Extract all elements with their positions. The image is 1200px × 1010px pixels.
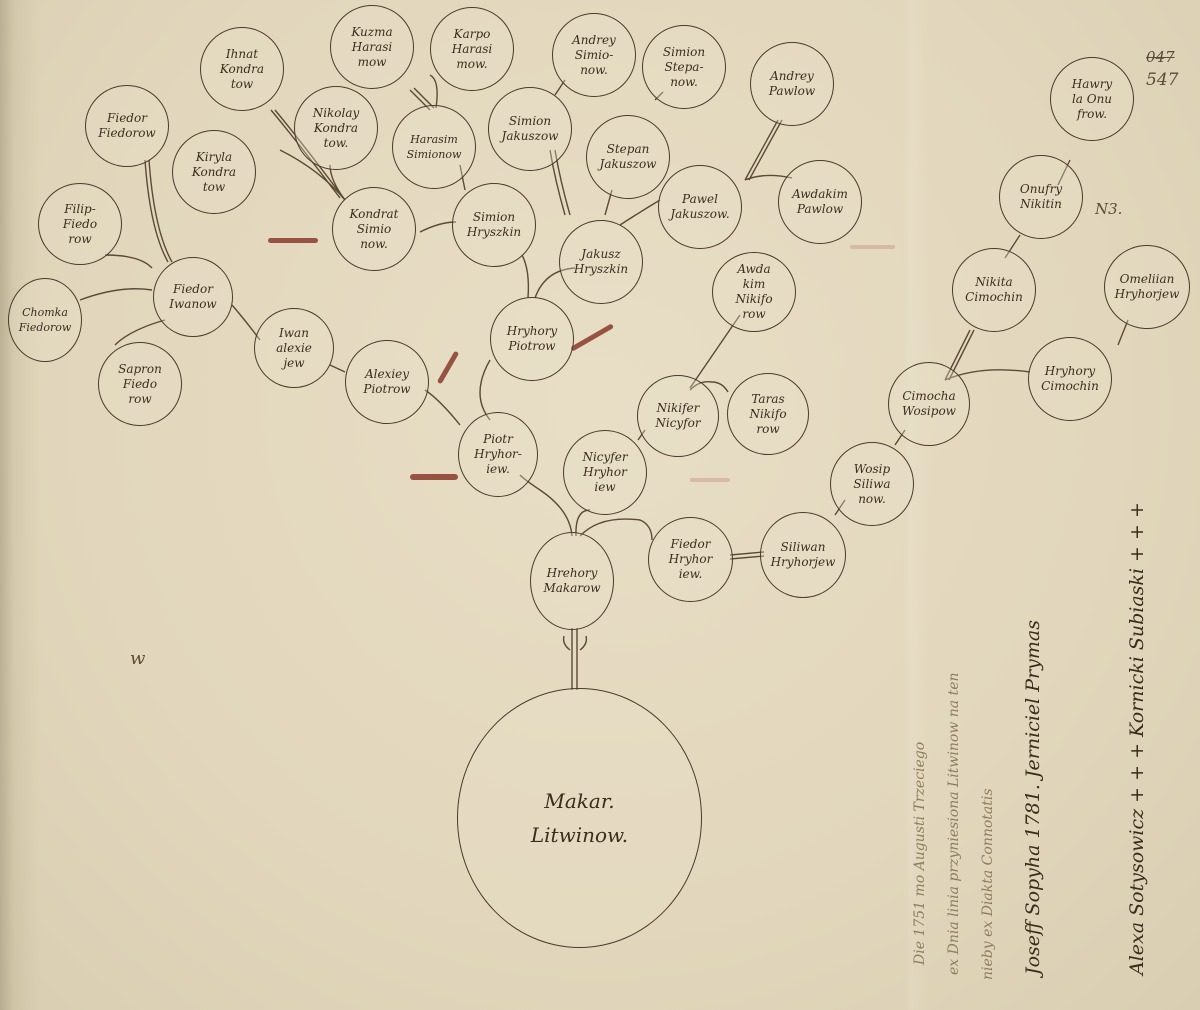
person-node-hryhory-cimochin[interactable]: HryhoryCimochin <box>1028 337 1112 421</box>
red-crayon-mark <box>690 478 730 482</box>
person-node-chomka-fiedorow[interactable]: ChomkaFiedorow <box>8 278 82 362</box>
person-node-nikifer-nicyforow[interactable]: NikiferNicyfor <box>637 375 719 457</box>
person-node-stepan-jakuszow[interactable]: StepanJakuszow <box>586 115 670 199</box>
person-node-andrey-simionow[interactable]: AndreySimio-now. <box>552 13 636 97</box>
person-node-wosip-siliwanow[interactable]: WosipSiliwanow. <box>830 442 914 526</box>
root-surname: Litwinow. <box>531 818 628 852</box>
folio-number: 547 <box>1146 70 1178 90</box>
person-node-simion-stepanow[interactable]: SimionStepa-now. <box>642 25 726 109</box>
tree-root-node[interactable]: Makar. Litwinow. <box>457 688 702 948</box>
person-node-filip-fiedorow[interactable]: Filip-Fiedorow <box>38 183 122 265</box>
marginal-note-faint-1: Die 1751 mo Augusti Trzeciego <box>912 742 928 965</box>
person-node-fiedor-fiedorow[interactable]: FiedorFiedorow <box>85 85 169 167</box>
person-node-harasim-simionow[interactable]: HarasimSimionow <box>392 105 476 189</box>
marginal-mark-n3: N3. <box>1095 200 1122 218</box>
person-node-hrehory-makarow[interactable]: HrehoryMakarow <box>530 532 614 630</box>
marginal-note-signature-1: Joseff Sopyha 1781. Jerniciel Prymas <box>1022 620 1044 975</box>
person-node-fiedor-iwanow[interactable]: FiedorIwanow <box>153 257 233 337</box>
person-node-andrey-pawlow[interactable]: AndreyPawlow <box>750 42 834 126</box>
person-node-nikita-cimochin[interactable]: NikitaCimochin <box>952 248 1036 332</box>
person-node-kirylo-kondratow[interactable]: KirylaKondratow <box>172 130 256 214</box>
person-node-hryhory-piotrow[interactable]: HryhoryPiotrow <box>490 297 574 381</box>
person-node-taras-nikiforow[interactable]: TarasNikiforow <box>727 373 809 455</box>
marginal-note-faint-3: nieby ex Diakta Connotatis <box>980 788 996 980</box>
person-node-siliwan-hryhorjew[interactable]: SiliwanHryhorjew <box>760 512 846 598</box>
red-crayon-mark <box>268 238 318 243</box>
person-node-karpo-harasimow[interactable]: KarpoHarasimow. <box>430 7 514 91</box>
person-node-nicyfer-hryhorjew[interactable]: NicyferHryhoriew <box>563 430 647 515</box>
person-node-sapron-fiedorow[interactable]: SapronFiedorow <box>98 342 182 426</box>
person-node-ihnat-kondratow[interactable]: IhnatKondratow <box>200 27 284 111</box>
manuscript-sheet: 047 547 N3. w Makar. Litwinow. HrehoryMa… <box>0 0 1200 1010</box>
person-node-awdakim-nikiforow[interactable]: AwdakimNikiforow <box>712 252 796 332</box>
red-crayon-mark <box>850 245 895 249</box>
marginal-mark-w: w <box>130 648 145 669</box>
person-node-nikolay-kondratow[interactable]: NikolayKondratow. <box>294 86 378 170</box>
person-node-kuzma-harasimow[interactable]: KuzmaHarasimow <box>330 5 414 89</box>
marginal-note-faint-2: ex Dnia linia przyniesiona Litwinow na t… <box>946 673 962 976</box>
person-node-piotr-hryhorjew[interactable]: PiotrHryhor-iew. <box>458 412 538 497</box>
red-crayon-mark <box>410 474 458 480</box>
person-node-iwan-alexiejew[interactable]: Iwanalexiejew <box>254 308 334 388</box>
folio-number-struck: 047 <box>1146 48 1175 66</box>
person-node-awdakim-pawlow[interactable]: AwdakimPawlow <box>778 160 862 244</box>
person-node-kondrat-simionow[interactable]: KondratSimionow. <box>332 187 416 271</box>
person-node-simion-jakuszow[interactable]: SimionJakuszow <box>488 87 572 171</box>
marginal-note-signature-2: Alexa Sotysowicz + + + Kornicki Subiaski… <box>1126 502 1148 975</box>
person-node-cimocha-wosipow[interactable]: CimochaWosipow <box>888 362 970 446</box>
person-node-pawel-jakuszow[interactable]: PawelJakuszow. <box>658 165 742 249</box>
person-node-onufry-nikitin[interactable]: OnufryNikitin <box>999 155 1083 239</box>
person-node-omelian-hryhorjew[interactable]: OmeliianHryhorjew <box>1104 245 1190 329</box>
root-given-name: Makar. <box>544 784 614 818</box>
person-node-simion-hryszkin[interactable]: SimionHryszkin <box>452 183 536 267</box>
person-node-hawryla-onufrow[interactable]: Hawryla Onufrow. <box>1050 57 1134 141</box>
person-node-alexiey-piotrow[interactable]: AlexieyPiotrow <box>345 340 429 424</box>
person-node-fiedor-hryhorjew[interactable]: FiedorHryhoriew. <box>648 517 733 602</box>
person-node-jakusz-hryszkin[interactable]: JakuszHryszkin <box>559 220 643 304</box>
